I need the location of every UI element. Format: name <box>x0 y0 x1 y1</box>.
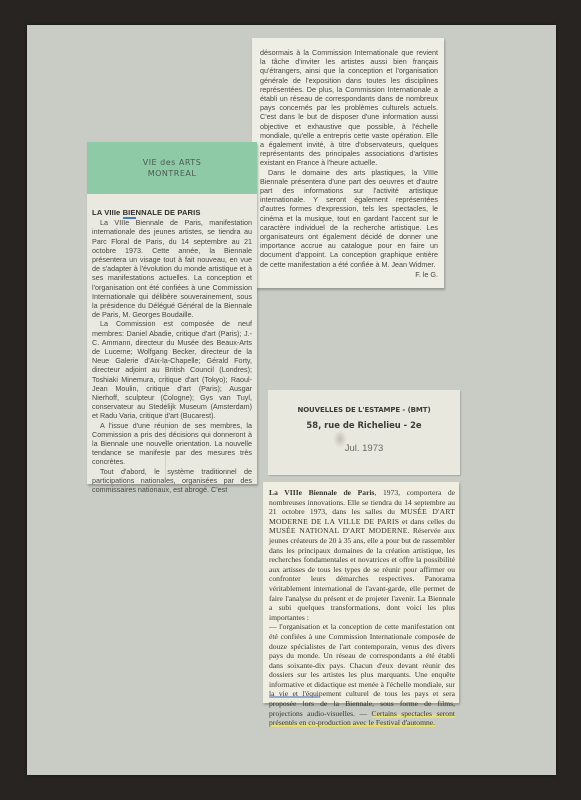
continuation-paragraph: Dans le domaine des arts plastiques, la … <box>260 168 438 269</box>
venue-name: MUSÉE NATIONAL D'ART MODERNE <box>269 526 408 535</box>
headline-part: NNALE DE PARIS <box>136 208 201 217</box>
source-stamp-city: MONTREAL <box>148 168 197 179</box>
article-lead: La VIIIe Biennale de Paris <box>269 488 375 497</box>
source-stamp-band: VIE des ARTS MONTREAL <box>87 142 257 194</box>
continuation-paragraph: désormais à la Commission Internationale… <box>260 48 438 168</box>
headline-part: LA VIIIe <box>92 208 123 217</box>
article-paragraph: La Commission est composée de neuf membr… <box>92 319 252 420</box>
clipping-continuation: désormais à la Commission Internationale… <box>252 38 444 288</box>
clipping-nouvelles-article: La VIIIe Biennale de Paris, 1973, compor… <box>263 482 459 703</box>
clipping-publication-header: NOUVELLES DE L'ESTAMPE - (BMT) 58, rue d… <box>268 390 460 475</box>
article-paragraph: La VIIIe Biennale de Paris, 1973, compor… <box>269 488 455 622</box>
pen-mark <box>269 696 319 698</box>
article-paragraph: — l'organisation et la conception de cet… <box>269 622 455 728</box>
continuation-body: désormais à la Commission Internationale… <box>260 48 438 279</box>
source-stamp-title: VIE des ARTS <box>143 157 202 168</box>
article-text: et dans celles du <box>399 517 455 526</box>
fold-crease <box>165 362 166 482</box>
vie-des-arts-body: LA VIIIe BIENNALE DE PARIS La VIIIe Bien… <box>92 208 252 494</box>
clipping-vie-des-arts: VIE des ARTS MONTREAL LA VIIIe BIENNALE … <box>87 142 257 484</box>
author-signature: F. le G. <box>260 270 438 279</box>
article-text: . Réservée aux jeunes créateurs de 20 à … <box>269 526 455 621</box>
publication-address: 58, rue de Richelieu - 2e <box>268 420 460 430</box>
nouvelles-article-body: La VIIIe Biennale de Paris, 1973, compor… <box>269 488 455 728</box>
publication-name: NOUVELLES DE L'ESTAMPE - (BMT) <box>268 406 460 414</box>
article-paragraph: Tout d'abord, le système traditionnel de… <box>92 467 252 495</box>
article-text: — l'organisation et la conception de cet… <box>269 622 455 717</box>
date-stamp: Jul. 1973 <box>268 443 460 454</box>
article-paragraph: La VIIIe Biennale de Paris, manifestatio… <box>92 218 252 319</box>
article-paragraph: A l'issue d'une réunion de ses membres, … <box>92 421 252 467</box>
article-headline: LA VIIIe BIENNALE DE PARIS <box>92 208 252 217</box>
